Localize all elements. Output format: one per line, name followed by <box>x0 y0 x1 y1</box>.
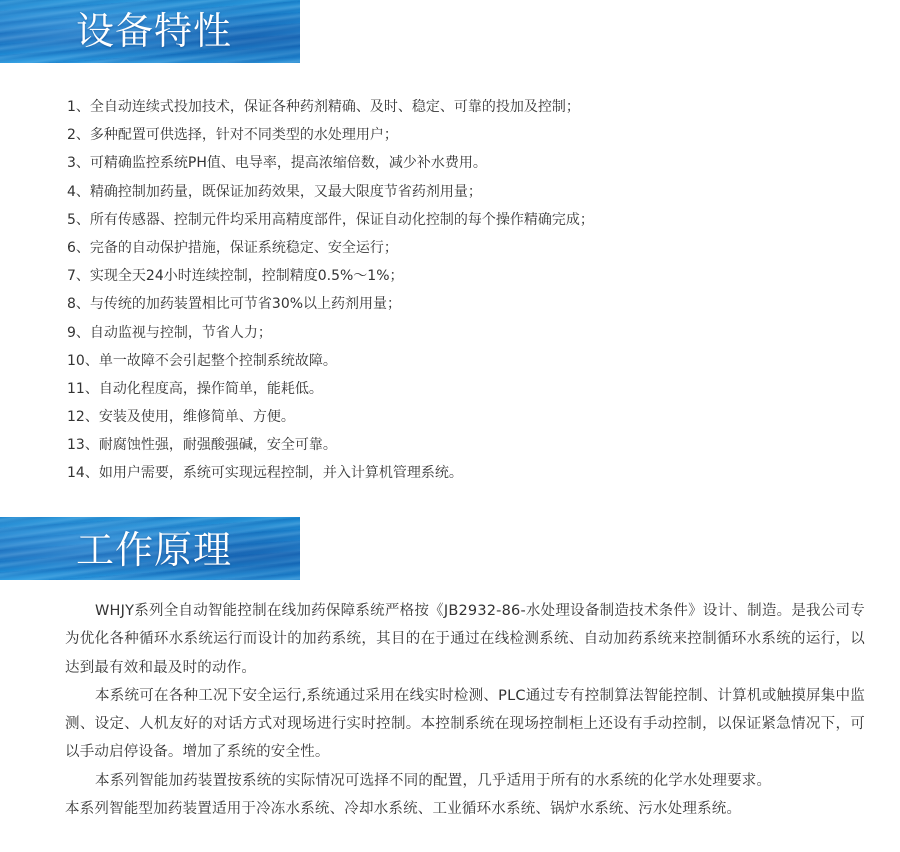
feature-item: 4、精确控制加药量，既保证加药效果，又最大限度节省药剂用量； <box>67 178 594 206</box>
feature-item: 5、所有传感器、控制元件均采用高精度部件，保证自动化控制的每个操作精确完成； <box>67 206 594 234</box>
feature-item: 8、与传统的加药装置相比可节省30%以上药剂用量； <box>67 290 594 318</box>
principle-banner: 工作原理 <box>0 517 300 580</box>
feature-item: 13、耐腐蚀性强，耐强酸强碱，安全可靠。 <box>67 431 594 459</box>
feature-item: 10、单一故障不会引起整个控制系统故障。 <box>67 347 594 375</box>
feature-item: 12、安装及使用，维修简单、方便。 <box>67 403 594 431</box>
features-title: 设备特性 <box>76 6 232 56</box>
feature-item: 6、完备的自动保护措施，保证系统稳定、安全运行； <box>67 234 594 262</box>
principle-body: WHJY系列全自动智能控制在线加药保障系统严格按《JB2932-86-水处理设备… <box>65 597 865 823</box>
feature-item: 7、实现全天24小时连续控制，控制精度0.5%～1%； <box>67 262 594 290</box>
principle-paragraph: WHJY系列全自动智能控制在线加药保障系统严格按《JB2932-86-水处理设备… <box>65 597 865 682</box>
principle-paragraph: 本系列智能型加药装置适用于冷冻水系统、冷却水系统、工业循环水系统、锅炉水系统、污… <box>65 795 865 823</box>
feature-item: 3、可精确监控系统PH值、电导率，提高浓缩倍数，减少补水费用。 <box>67 149 594 177</box>
principle-paragraph: 本系统可在各种工况下安全运行,系统通过采用在线实时检测、PLC通过专有控制算法智… <box>65 682 865 767</box>
feature-item: 9、自动监视与控制，节省人力； <box>67 319 594 347</box>
features-list: 1、全自动连续式投加技术，保证各种药剂精确、及时、稳定、可靠的投加及控制； 2、… <box>67 93 594 488</box>
feature-item: 2、多种配置可供选择，针对不同类型的水处理用户； <box>67 121 594 149</box>
feature-item: 1、全自动连续式投加技术，保证各种药剂精确、及时、稳定、可靠的投加及控制； <box>67 93 594 121</box>
features-banner: 设备特性 <box>0 0 300 63</box>
feature-item: 11、自动化程度高，操作简单，能耗低。 <box>67 375 594 403</box>
feature-item: 14、如用户需要，系统可实现远程控制，并入计算机管理系统。 <box>67 459 594 487</box>
principle-paragraph: 本系列智能加药装置按系统的实际情况可选择不同的配置，几乎适用于所有的水系统的化学… <box>65 767 865 795</box>
principle-title: 工作原理 <box>76 525 232 575</box>
